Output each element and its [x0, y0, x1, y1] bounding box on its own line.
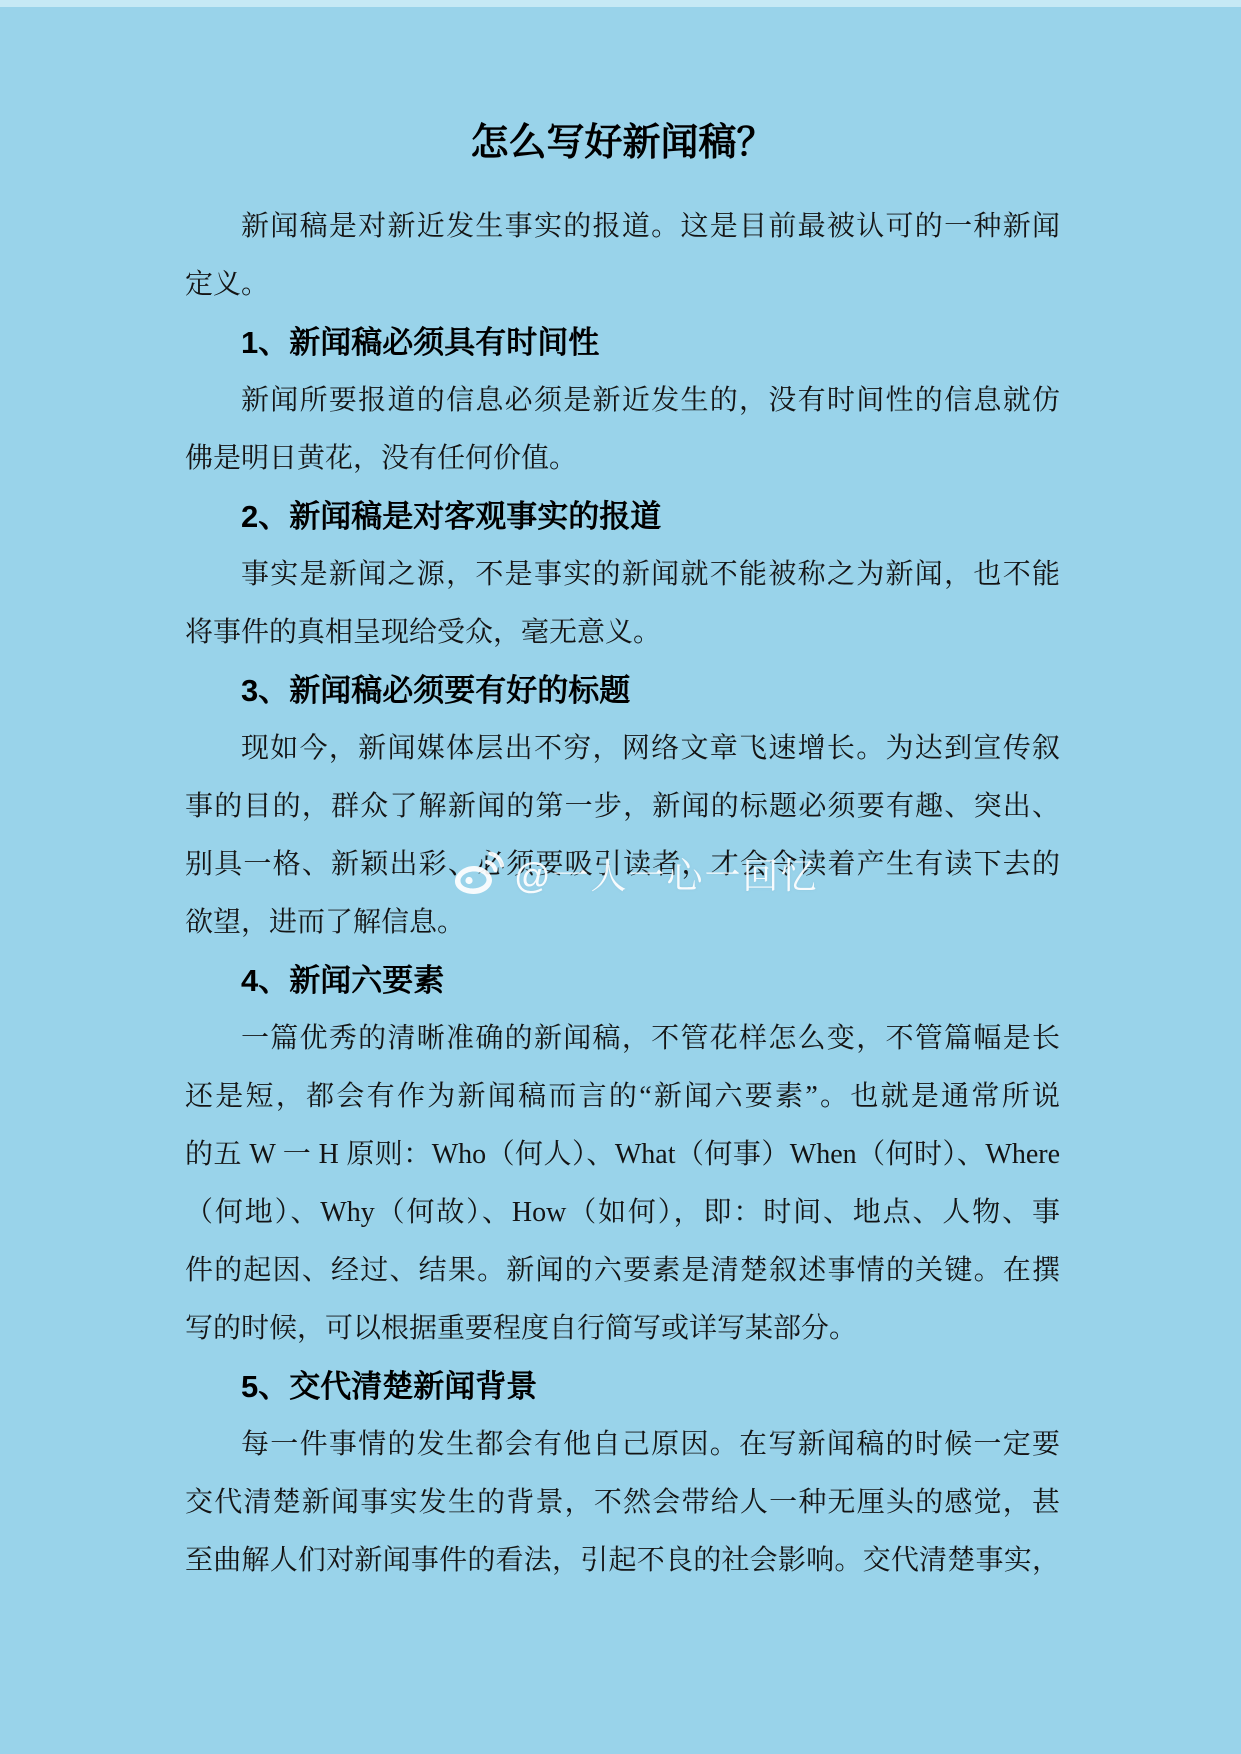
document-body: 怎么写好新闻稿？ 新闻稿是对新近发生事实的报道。这是目前最被认可的一种新闻 定义… — [185, 0, 1060, 1590]
paragraph-line: 将事件的真相呈现给受众，毫无意义。 — [185, 604, 1060, 662]
paragraph-line: 定义。 — [185, 256, 1060, 314]
paragraph-line: 佛是明日黄花，没有任何价值。 — [185, 430, 1060, 488]
intro-paragraph: 新闻稿是对新近发生事实的报道。这是目前最被认可的一种新闻 定义。 — [185, 198, 1060, 314]
paragraph-line: 件的起因、经过、结果。新闻的六要素是清楚叙述事情的关键。在撰 — [185, 1242, 1060, 1300]
section-paragraph-3: 现如今，新闻媒体层出不穷，网络文章飞速增长。为达到宣传叙 事的目的，群众了解新闻… — [185, 720, 1060, 952]
paragraph-line: （何地）、Why（何故）、How（如何），即：时间、地点、人物、事 — [185, 1184, 1060, 1242]
paragraph-line: 写的时候，可以根据重要程度自行简写或详写某部分。 — [185, 1300, 1060, 1358]
paragraph-line: 新闻稿是对新近发生事实的报道。这是目前最被认可的一种新闻 — [185, 198, 1060, 256]
paragraph-line: 现如今，新闻媒体层出不穷，网络文章飞速增长。为达到宣传叙 — [185, 720, 1060, 778]
paragraph-line: 别具一格、新颖出彩、必须要吸引读者，才会令读着产生有读下去的 — [185, 836, 1060, 894]
section-paragraph-2: 事实是新闻之源，不是事实的新闻就不能被称之为新闻，也不能 将事件的真相呈现给受众… — [185, 546, 1060, 662]
paragraph-line: 每一件事情的发生都会有他自己原因。在写新闻稿的时候一定要 — [185, 1416, 1060, 1474]
section-paragraph-1: 新闻所要报道的信息必须是新近发生的，没有时间性的信息就仿 佛是明日黄花，没有任何… — [185, 372, 1060, 488]
section-heading-2: 2、新闻稿是对客观事实的报道 — [185, 488, 1060, 546]
section-paragraph-4: 一篇优秀的清晰准确的新闻稿，不管花样怎么变，不管篇幅是长 还是短，都会有作为新闻… — [185, 1010, 1060, 1358]
document-title: 怎么写好新闻稿？ — [185, 112, 1060, 174]
paragraph-line: 欲望，进而了解信息。 — [185, 894, 1060, 952]
paragraph-line: 交代清楚新闻事实发生的背景，不然会带给人一种无厘头的感觉，甚 — [185, 1474, 1060, 1532]
section-paragraph-5: 每一件事情的发生都会有他自己原因。在写新闻稿的时候一定要 交代清楚新闻事实发生的… — [185, 1416, 1060, 1590]
section-heading-3: 3、新闻稿必须要有好的标题 — [185, 662, 1060, 720]
section-heading-5: 5、交代清楚新闻背景 — [185, 1358, 1060, 1416]
paragraph-line: 还是短，都会有作为新闻稿而言的“新闻六要素”。也就是通常所说 — [185, 1068, 1060, 1126]
paragraph-line: 的五 W 一 H 原则：Who（何人）、What（何事）When（何时）、Whe… — [185, 1126, 1060, 1184]
paragraph-line: 事实是新闻之源，不是事实的新闻就不能被称之为新闻，也不能 — [185, 546, 1060, 604]
section-heading-1: 1、新闻稿必须具有时间性 — [185, 314, 1060, 372]
paragraph-line: 一篇优秀的清晰准确的新闻稿，不管花样怎么变，不管篇幅是长 — [185, 1010, 1060, 1068]
section-heading-4: 4、新闻六要素 — [185, 952, 1060, 1010]
paragraph-line: 事的目的，群众了解新闻的第一步，新闻的标题必须要有趣、突出、 — [185, 778, 1060, 836]
paragraph-line: 新闻所要报道的信息必须是新近发生的，没有时间性的信息就仿 — [185, 372, 1060, 430]
paragraph-line: 至曲解人们对新闻事件的看法，引起不良的社会影响。交代清楚事实， — [185, 1532, 1060, 1590]
